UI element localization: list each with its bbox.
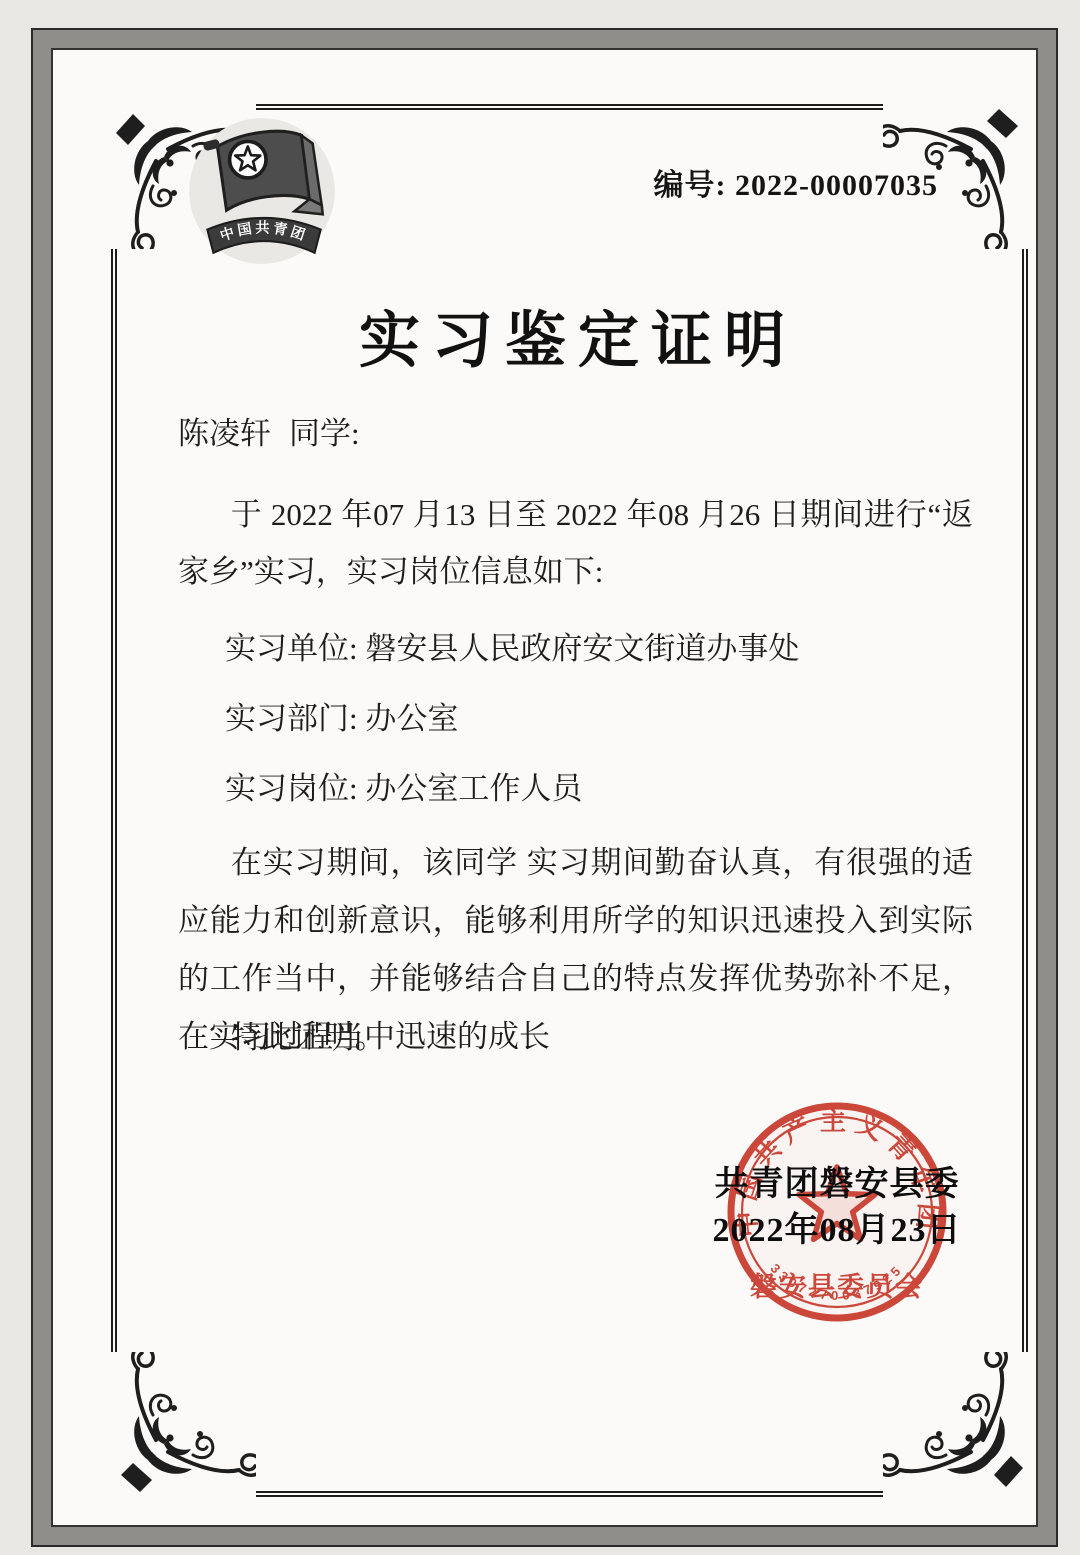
certificate-title: 实习鉴定证明 xyxy=(178,292,978,379)
issuer-name: 共青团磐安县委 xyxy=(637,1162,1037,1208)
detail-internship-unit: 实习单位: 磐安县人民政府安文街道办事处 xyxy=(225,614,799,684)
serial-number: 编号: 2022-00007035 xyxy=(654,160,938,204)
salutation-line: 陈凌轩同学: xyxy=(178,408,360,453)
scanned-certificate: 中国共青团 编号: 2022-00007035 实习鉴定证明 陈凌轩同学: 于 … xyxy=(0,0,1080,1555)
internship-details: 实习单位: 磐安县人民政府安文街道办事处 实习部门: 办公室 实习岗位: 办公室… xyxy=(225,614,799,824)
salutation-suffix: 同学: xyxy=(289,416,360,451)
certificate-page: 中国共青团 编号: 2022-00007035 实习鉴定证明 陈凌轩同学: 于 … xyxy=(33,30,1056,1545)
paragraph-internship-period: 于 2022 年07 月13 日至 2022 年08 月26 日期间进行“返家乡… xyxy=(178,486,973,600)
issue-date: 2022年08月23日 xyxy=(637,1208,1037,1254)
detail-internship-department: 实习部门: 办公室 xyxy=(225,684,799,754)
issuer-block: 共青团磐安县委 2022年08月23日 xyxy=(637,1162,1037,1254)
corner-ornament-bottom-left xyxy=(106,1352,256,1502)
corner-ornament-bottom-right xyxy=(883,1352,1033,1502)
youth-league-emblem-icon: 中国共青团 xyxy=(183,106,345,268)
student-name: 陈凌轩 xyxy=(178,416,271,451)
closing-statement: 特此证明。 xyxy=(178,1012,386,1057)
detail-internship-position: 实习岗位: 办公室工作人员 xyxy=(225,754,799,824)
